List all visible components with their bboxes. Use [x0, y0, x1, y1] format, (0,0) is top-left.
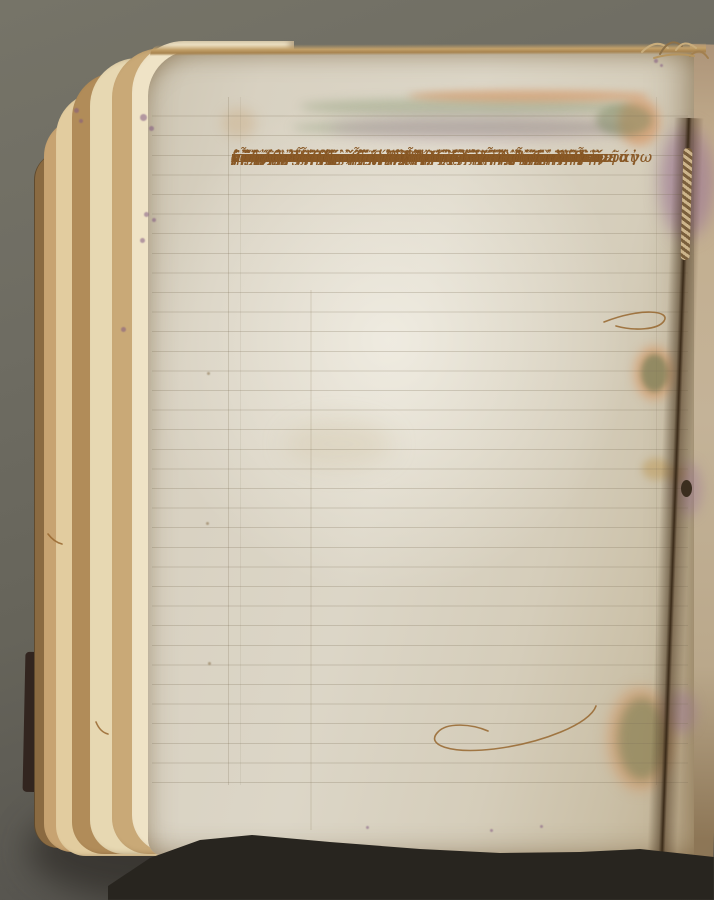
pricking-hole [208, 662, 211, 665]
manuscript-photo: ὄντος· καὶ μὴ ἐχόντων τί φάγωσι· προσκαλ… [0, 0, 714, 900]
ruling-lines [152, 97, 688, 785]
mold-speck [79, 119, 83, 123]
mold-speck [660, 64, 663, 67]
parchment-crease [310, 290, 312, 830]
pricking-hole [206, 522, 209, 525]
mold-speck [140, 114, 147, 121]
mold-speck [149, 126, 154, 131]
pricking-hole [207, 372, 210, 375]
mold-speck [540, 825, 543, 828]
mold-speck [144, 212, 149, 217]
page-top-edge [150, 43, 706, 56]
mold-speck [152, 218, 156, 222]
margin-rule [240, 97, 241, 785]
mold-speck [366, 826, 369, 829]
margin-rule [228, 97, 229, 785]
mold-speck [140, 238, 145, 243]
mold-speck [654, 59, 658, 63]
mold-speck [121, 327, 126, 332]
sewing-hole [681, 480, 692, 497]
manuscript-line: ἀπῆλθεν εἰς τὸ πέραν· καὶ ἐπελάθοντο λαβ… [231, 148, 608, 168]
mold-speck [74, 108, 79, 113]
mold-speck [490, 829, 493, 832]
